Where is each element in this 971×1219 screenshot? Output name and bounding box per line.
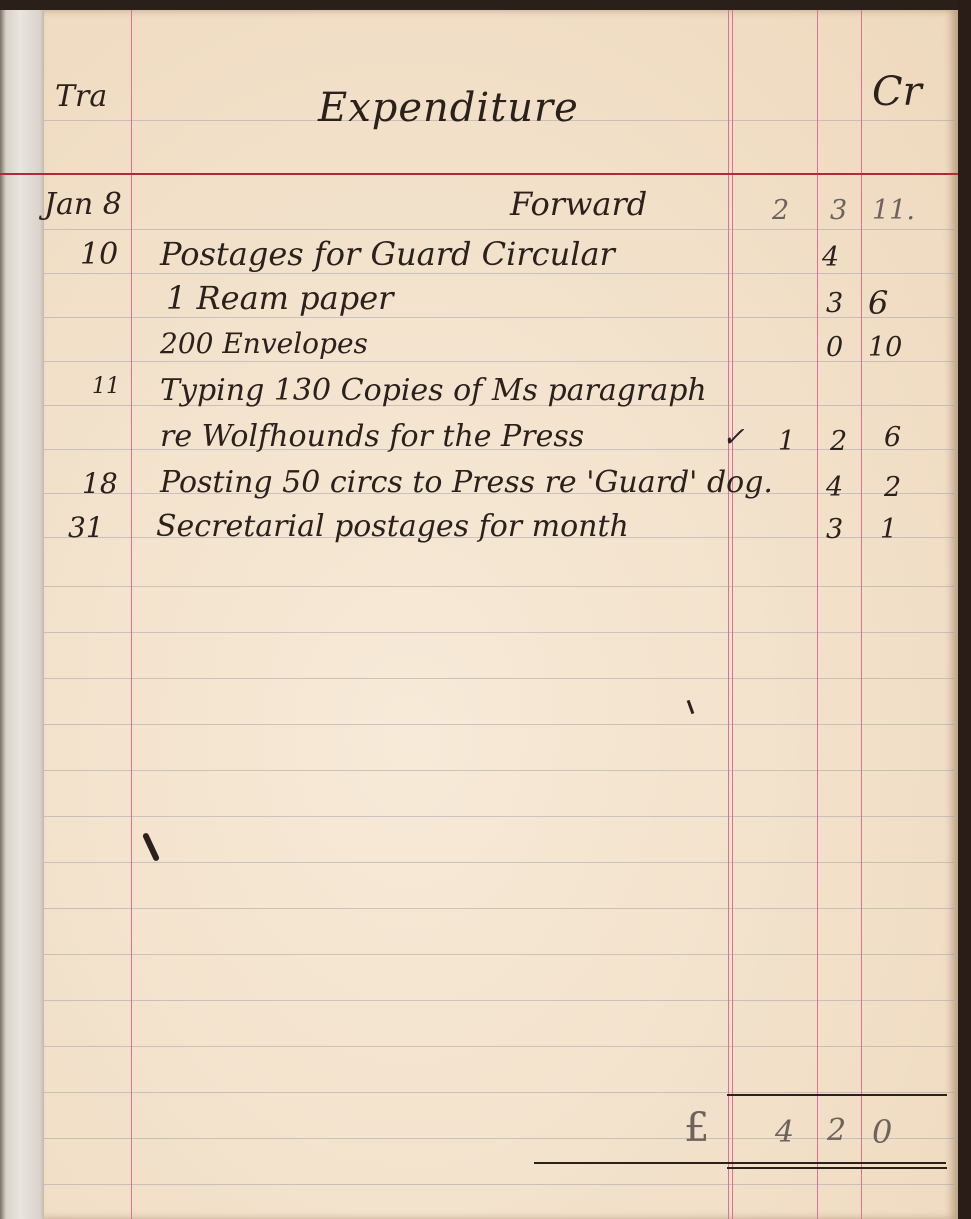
- entry-shillings: 0: [826, 334, 843, 361]
- entry-pence: 6: [884, 424, 901, 451]
- header-rule: [0, 173, 958, 175]
- entry-description: Secretarial postages for month: [156, 512, 629, 542]
- pounds-column-rule: [728, 10, 729, 1219]
- entry-shillings: 3: [830, 197, 847, 224]
- entry-description: Forward: [510, 188, 647, 220]
- ledger-page: [44, 10, 958, 1219]
- total-pence: 0: [872, 1116, 892, 1148]
- scan-right-edge: [958, 0, 971, 1219]
- entry-shillings: 3: [826, 290, 843, 317]
- entry-description: Posting 50 circs to Press re 'Guard' dog…: [160, 468, 773, 498]
- entry-date: 11: [92, 376, 120, 398]
- total-pounds: 4: [775, 1118, 794, 1148]
- margin-rule: [131, 10, 132, 1219]
- entry-date: 18: [82, 470, 118, 498]
- scan-top-edge: [0, 0, 971, 10]
- total-top-rule: [727, 1094, 947, 1096]
- entry-date: 31: [68, 514, 104, 542]
- entry-shillings: 3: [826, 516, 843, 543]
- entry-shillings: 4: [822, 244, 839, 271]
- entry-pence: 11.: [872, 197, 915, 224]
- entry-pounds: 2: [772, 197, 789, 224]
- entry-pence: 10: [868, 334, 902, 361]
- entry-description: Postages for Guard Circular: [160, 238, 615, 270]
- entry-description: Typing 130 Copies of Ms paragraph: [160, 376, 707, 406]
- pound-sign-icon: £: [684, 1108, 709, 1148]
- page-title: Expenditure: [318, 88, 579, 128]
- entry-pence: 6: [868, 287, 888, 319]
- book-binding: [0, 10, 46, 1219]
- total-underline: [534, 1162, 946, 1164]
- total-shillings: 2: [827, 1116, 846, 1146]
- entry-description: re Wolfhounds for the Press: [160, 422, 584, 452]
- entry-pounds: 1: [778, 428, 795, 455]
- entry-date: 10: [80, 240, 118, 270]
- entry-pence: 2: [884, 474, 901, 501]
- pounds-column-rule: [732, 10, 733, 1219]
- header-left-label: Tra: [55, 82, 107, 112]
- entry-date: Jan 8: [44, 190, 122, 220]
- entry-description: 1 Ream paper: [166, 282, 393, 314]
- entry-shillings: 2: [830, 428, 847, 455]
- header-right-label: Cr: [872, 72, 922, 112]
- pence-column-rule: [861, 10, 862, 1219]
- shillings-column-rule: [817, 10, 818, 1219]
- checkmark-icon: ✓: [722, 424, 745, 451]
- entry-shillings: 4: [826, 474, 843, 501]
- entry-pence: 1: [880, 516, 897, 543]
- entry-description: 200 Envelopes: [160, 330, 368, 358]
- total-double-underline: [727, 1167, 947, 1169]
